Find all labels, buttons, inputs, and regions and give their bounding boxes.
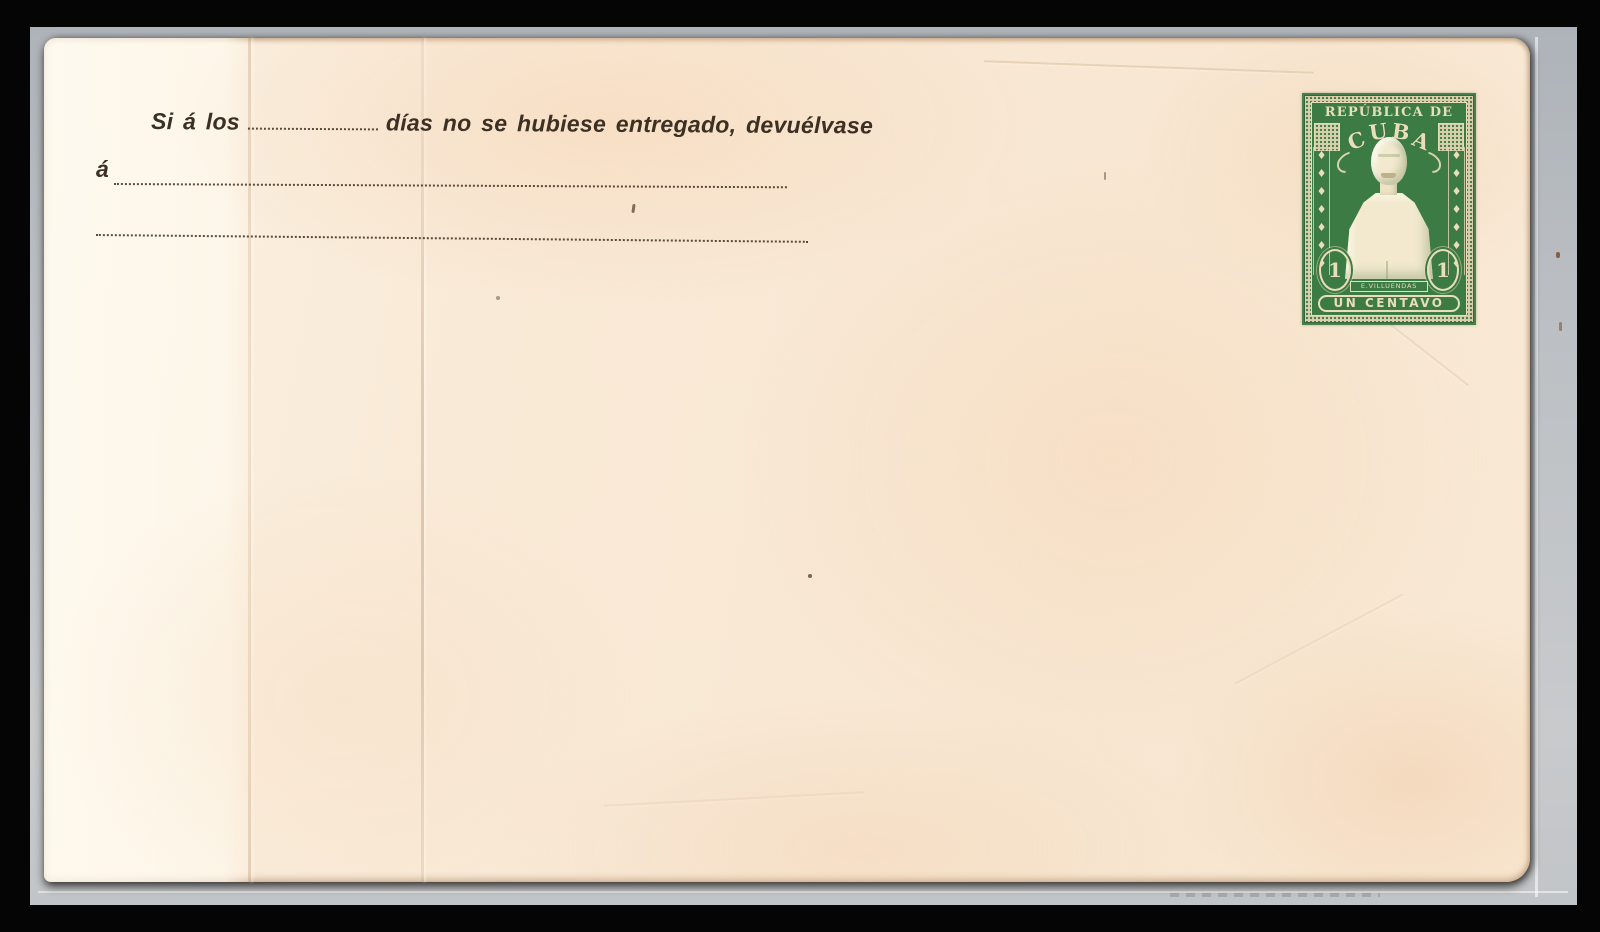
ornament-icon: ♦ [1452, 149, 1462, 162]
envelope: Si á losdías no se hubiese entregado, de… [44, 38, 1530, 882]
stamp-panel: REPÚBLICA DE CUBA ♦ ♦ ♦ ♦ ♦ ♦ ♦ [1311, 102, 1467, 316]
instruction-suffix: días no se hubiese entregado, devuélvase [386, 109, 873, 138]
ornament-icon: ♦ [1317, 221, 1327, 234]
wrinkle [1235, 594, 1404, 685]
denomination-oval-left: 1 [1319, 249, 1351, 291]
rust-speck [1559, 322, 1562, 331]
portrait-mustache [1381, 173, 1396, 178]
return-instruction-line: Si á losdías no se hubiese entregado, de… [151, 106, 873, 140]
ornament-icon: ♦ [1317, 149, 1327, 162]
instruction-prefix: Si á los [151, 108, 240, 135]
ornament-icon: ♦ [1452, 221, 1462, 234]
ornament-icon: ♦ [1317, 203, 1327, 216]
address-leader-line-1 [114, 151, 787, 188]
denomination-oval-right: 1 [1427, 249, 1459, 291]
stamp-dotted-border: REPÚBLICA DE CUBA ♦ ♦ ♦ ♦ ♦ ♦ ♦ [1304, 95, 1474, 323]
ornament-icon: ♦ [1452, 203, 1462, 216]
arc-letter: A [1409, 126, 1433, 155]
ink-speck [496, 296, 500, 300]
ink-speck [808, 574, 812, 578]
portrait-caption: E.VILLUENDAS [1350, 281, 1428, 292]
wrinkle [604, 791, 864, 807]
sleeve-edge-highlight-vertical [1535, 37, 1538, 897]
ink-speck [1104, 172, 1106, 180]
portrait-bust [1345, 193, 1433, 279]
ornament-icon: ♦ [1317, 185, 1327, 198]
ornament-icon: ♦ [1452, 167, 1462, 180]
denomination-numeral: 1 [1328, 258, 1342, 282]
address-leader-line-2 [96, 204, 808, 243]
denomination-numeral: 1 [1436, 258, 1450, 282]
blank-days-leader [248, 124, 378, 131]
ornament-icon: ♦ [1317, 167, 1327, 180]
portrait-collar-line [1386, 261, 1388, 279]
wrinkle [984, 60, 1314, 74]
ornament-icon: ♦ [1317, 239, 1327, 252]
ornament-icon: ♦ [1452, 185, 1462, 198]
address-line-prefix: á [96, 154, 109, 184]
mat-scuff-marks [1170, 893, 1380, 897]
postage-stamp-imprint: REPÚBLICA DE CUBA ♦ ♦ ♦ ♦ ♦ ♦ ♦ [1302, 93, 1476, 325]
denomination-band: UN CENTAVO [1318, 295, 1460, 312]
rust-speck [1556, 252, 1560, 258]
ornament-icon: ♦ [1452, 239, 1462, 252]
